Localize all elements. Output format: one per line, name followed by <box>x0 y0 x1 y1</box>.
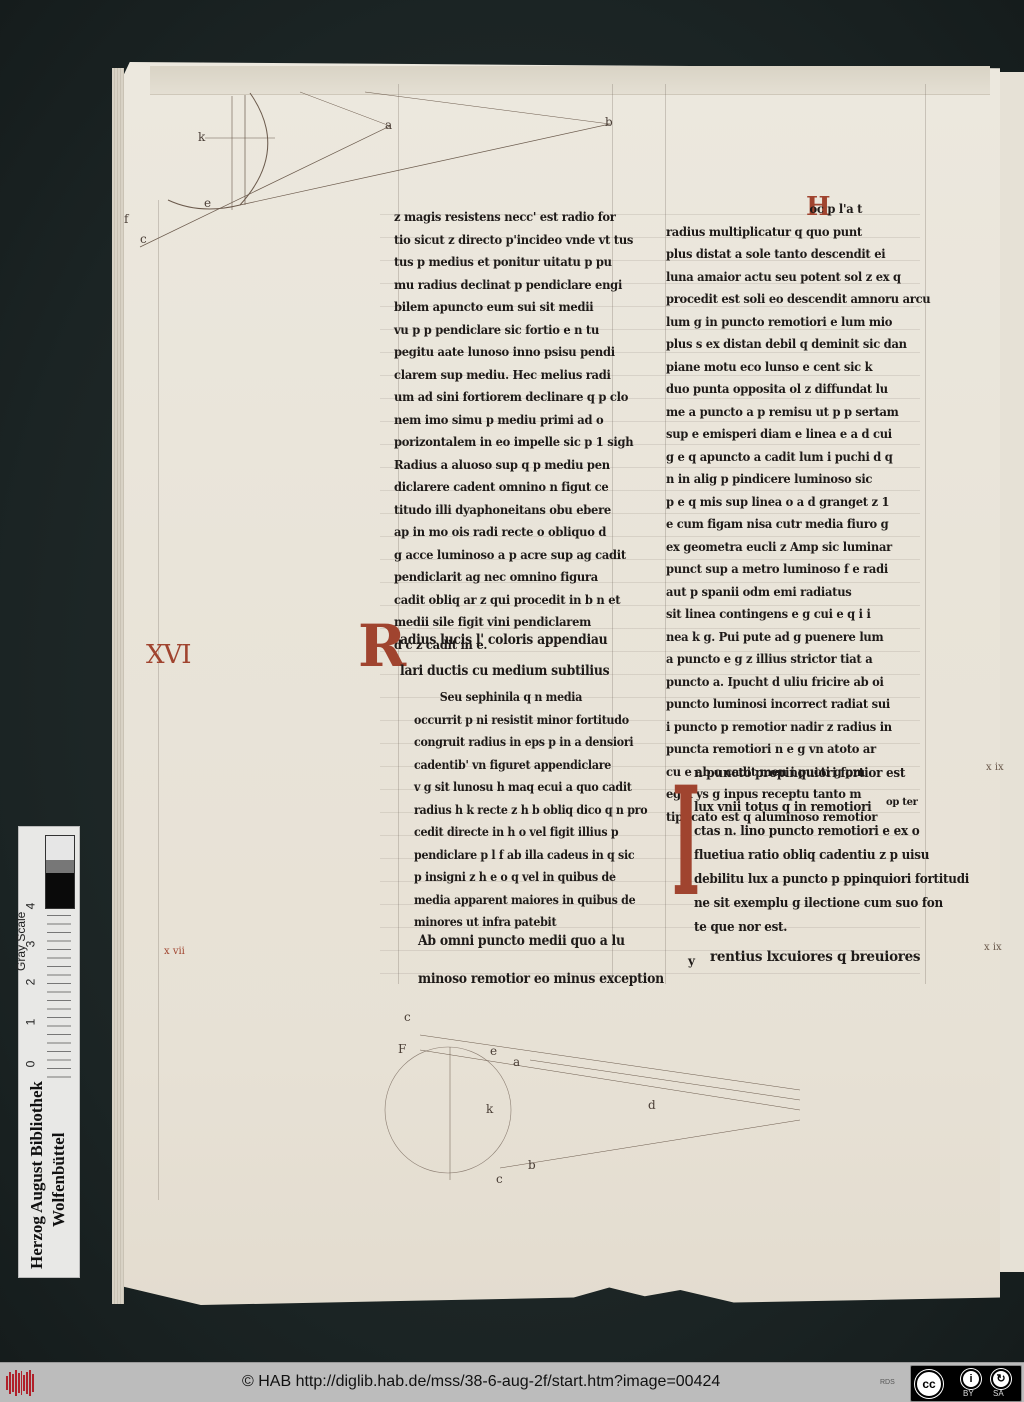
cc-license-badge[interactable]: cc i ↻ BY SA <box>910 1365 1022 1402</box>
text-line: cadit obliq ar z qui procedit in b n et <box>394 589 606 612</box>
text-line: um ad sini fortiorem declinare q p clo <box>394 386 606 409</box>
ruler-tick-3: 3 <box>23 941 37 948</box>
right-text-column: oc p l'a t radius multiplicatur q quo pu… <box>666 198 916 828</box>
text-line: clarem sup mediu. Hec melius radi <box>394 364 606 387</box>
initial-letter-r: R <box>358 612 406 680</box>
cc-icon: cc <box>915 1370 943 1398</box>
text-line: te que nor est. <box>694 916 896 940</box>
text-line: cadentib' vn figuret appendiclare <box>414 754 626 777</box>
text-line: titudo illi dyaphoneitans obu ebere <box>394 499 606 522</box>
text-line: sup e emisperi diam e linea e a d cui <box>666 423 896 446</box>
text-line: me a puncto a p remisu ut p p sertam <box>666 401 896 424</box>
text-line: radius h k recte z h b obliq dico q n pr… <box>414 799 626 822</box>
margin-mark-lower: x ix <box>984 942 1002 953</box>
text-line: n in alig p pindicere luminoso sic <box>666 468 896 491</box>
diagram-label-a: a <box>385 118 392 132</box>
text-line: e cum figam nisa cutr media fiuro g <box>666 513 896 536</box>
sa-label: SA <box>993 1389 1004 1398</box>
share-alike-icon: ↻ <box>991 1369 1011 1389</box>
text-line: radius multiplicatur q quo punt <box>666 221 896 244</box>
text-line: Radius a aluoso sup q p mediu pen <box>394 454 606 477</box>
text-line: cedit directe in h o vel figit illius p <box>414 821 626 844</box>
diagram2-label-d: d <box>648 1098 656 1112</box>
text-line: lum g in puncto remotiori e lum mio <box>666 311 896 334</box>
by-label: BY <box>963 1389 974 1398</box>
diagram2-label-k: k <box>486 1102 493 1116</box>
text-line: g acce luminoso a p acre sup ag cadit <box>394 544 606 567</box>
diagram2-label-c-bottom: c <box>496 1172 503 1186</box>
text-line: oc p l'a t <box>666 198 896 221</box>
margin-mark-upper: x ix <box>986 762 1004 773</box>
text-line: sit linea contingens e g cui e q i i <box>666 603 896 626</box>
diagram2-label-a: a <box>513 1055 520 1069</box>
text-line: v g sit lunosu h maq ecui a quo cadit <box>414 776 626 799</box>
diagram-label-c: c <box>140 232 147 246</box>
section-xvi-line2: lari ductis cu medium subtilius <box>400 660 628 683</box>
text-line: n puncto propinquiori fortior est <box>694 762 896 796</box>
diagram-label-e: e <box>204 196 211 210</box>
ruler-tick-0: 0 <box>23 1061 37 1068</box>
text-line: lari ductis cu medium subtilius <box>400 660 609 683</box>
diagram2-label-e: e <box>490 1044 497 1058</box>
text-line: porizontalem in eo impelle sic p 1 sigh <box>394 431 606 454</box>
text-line: lux vnii totus q in remotiori <box>694 796 896 820</box>
text-line: vu p p pendiclare sic fortio e n tu <box>394 319 606 342</box>
text-line: i puncto p remotior nadir z radius in <box>666 716 896 739</box>
text-line: piane motu eco lunso e cent sic k <box>666 356 896 379</box>
text-line: plus distat a sole tanto descendit ei <box>666 243 896 266</box>
text-line: congruit radius in eps p in a densiori <box>414 731 626 754</box>
scale-ruler: Gray Scale 0 1 2 3 4 Herzog August Bibli… <box>18 826 80 1278</box>
ruler-tick-4: 4 <box>23 903 37 910</box>
text-line: minoso remotior eo minus exception <box>418 960 664 998</box>
text-line: puncta remotiori n e g vn atoto ar <box>666 738 896 761</box>
text-line: plus s ex distan debil q deminit sic dan <box>666 333 896 356</box>
ruler-ticks <box>47 915 71 1085</box>
text-line: diclarere cadent omnino n figut ce <box>394 476 606 499</box>
diagram-label-f: f <box>124 212 128 226</box>
text-line: fluetiua ratio obliq cadentiu z p uisu <box>694 844 896 868</box>
ruler-tick-2: 2 <box>23 979 37 986</box>
ruler-tick-1: 1 <box>23 1019 37 1026</box>
hab-logo-icon <box>6 1370 34 1396</box>
text-line: procedit est soli eo descendit amnoru ar… <box>666 288 896 311</box>
text-line: a puncto e g z illius strictor tiat a <box>666 648 896 671</box>
text-line: tio sicut z directo p'incideo vnde vt tu… <box>394 229 606 252</box>
text-line: debilitu lux a puncto p ppinquiori forti… <box>694 868 896 892</box>
text-line: pendiclare p l f ab illa cadeus in q sic <box>414 844 626 867</box>
text-line: luna amaior actu seu potent sol z ex q <box>666 266 896 289</box>
left-text-column: z magis resistens necc' est radio for ti… <box>394 206 624 656</box>
diagram2-label-c-top: c <box>404 1010 411 1024</box>
section-xvii: Ab omni puncto medii quo a lu minoso rem… <box>418 922 685 998</box>
text-line: ne sit exemplu g ilectione cum suo fon <box>694 892 896 916</box>
text-line: g e q apuncto a cadit lum i puchi d q <box>666 446 896 469</box>
text-line: puncto luminosi incorrect radiat sui <box>666 693 896 716</box>
text-line: puncto a. Ipucht d uliu fricire ab oi <box>666 671 896 694</box>
text-line: punct sup a metro luminoso f e radi <box>666 558 896 581</box>
text-line: ap in mo ois radi recte o obliquo d <box>394 521 606 544</box>
text-line: mu radius declinat p pendiclare engi <box>394 274 606 297</box>
line-marker: y <box>688 950 695 973</box>
small-mark: RDS <box>880 1379 895 1386</box>
institution-city: Wolfenbüttel <box>49 1133 69 1227</box>
text-line: p insigni z h e o q vel in quibus de <box>414 866 626 889</box>
footer-bar: © HAB http://diglib.hab.de/mss/38-6-aug-… <box>0 1362 1024 1402</box>
diagram2-label-f: F <box>398 1042 406 1056</box>
diagram2-label-b: b <box>528 1158 536 1172</box>
text-line: z magis resistens necc' est radio for <box>394 206 606 229</box>
chapter-numeral-xvii: x vii <box>164 946 185 957</box>
text-line: ex geometra eucli z Amp sic luminar <box>666 536 896 559</box>
text-line: media apparent maiores in quibus de <box>414 889 626 912</box>
section-xvi-body: Seu sephinila q n media occurrit p ni re… <box>414 686 644 934</box>
margin-note: op ter <box>886 792 918 815</box>
copyright-link[interactable]: © HAB http://diglib.hab.de/mss/38-6-aug-… <box>242 1373 720 1391</box>
institution-name: Herzog August Bibliothek <box>27 1081 47 1269</box>
text-line: duo punta opposita ol z diffundat lu <box>666 378 896 401</box>
text-line: Seu sephinila q n media <box>414 686 626 709</box>
text-line: nem imo simu p mediu primi ad o <box>394 409 606 432</box>
text-line: p e q mis sup linea o a d granget z 1 <box>666 491 896 514</box>
section-xvi-heading: adius lucis l' coloris appendiau <box>400 620 625 660</box>
text-line: pendiclarit ag nec omnino figura <box>394 566 606 589</box>
text-line: occurrit p ni resistit minor fortitudo <box>414 709 626 732</box>
right-section-2: n puncto propinquiori fortior est lux vn… <box>694 762 914 940</box>
diagram-label-k: k <box>198 130 205 144</box>
text-line: tus p medius et ponitur uitatu p pu <box>394 251 606 274</box>
text-line: ctas n. lino puncto remotiori e ex o <box>694 820 896 844</box>
text-line: rentius lxcuiores q breuiores <box>710 946 920 969</box>
text-line: pegitu aate lunoso inno psisu pendi <box>394 341 606 364</box>
text-line: Ab omni puncto medii quo a lu <box>418 922 664 960</box>
text-line: bilem apuncto eum sui sit medii <box>394 296 606 319</box>
attribution-icon: i <box>961 1369 981 1389</box>
text-line: aut p spanii odm emi radiatus <box>666 581 896 604</box>
text-line: adius lucis l' coloris appendiau <box>400 620 607 660</box>
chapter-numeral-xvi: XVI <box>146 640 191 670</box>
diagram-label-b: b <box>605 115 613 129</box>
gray-scale-swatch <box>45 835 75 909</box>
text-line: nea k g. Pui pute ad g puenere lum <box>666 626 896 649</box>
